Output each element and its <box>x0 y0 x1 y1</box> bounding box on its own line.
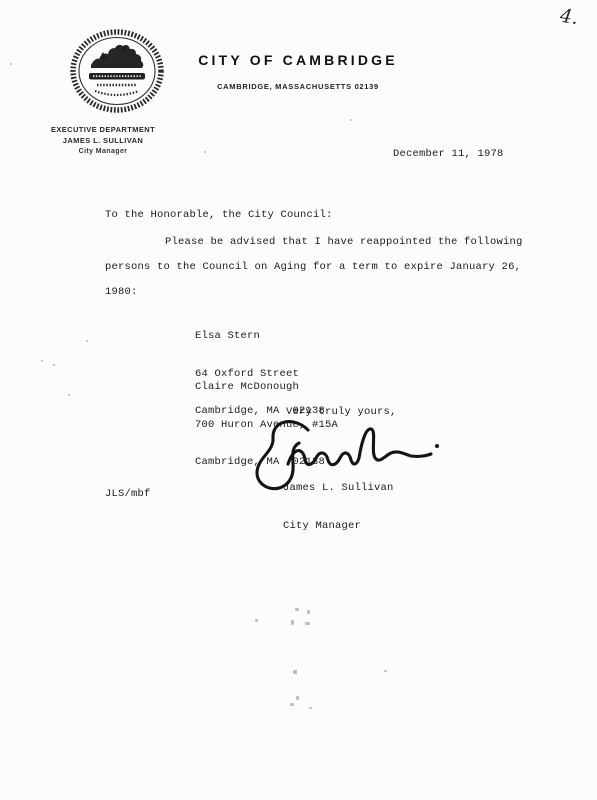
scan-speck <box>307 610 310 614</box>
scan-speck <box>291 620 294 625</box>
scan-speck <box>53 364 55 366</box>
scan-speck <box>255 619 258 622</box>
scan-speck <box>305 622 310 625</box>
body-line: 1980: <box>105 286 138 299</box>
letterhead-title: CITY OF CAMBRIDGE <box>148 52 448 68</box>
scan-speck <box>384 670 387 672</box>
appointee-name: Claire McDonough <box>195 381 338 394</box>
scan-speck <box>86 340 88 342</box>
letterhead-subtitle: CAMBRIDGE, MASSACHUSETTS 02139 <box>148 82 448 91</box>
scan-speck <box>290 703 294 706</box>
signer-title: City Manager <box>283 520 394 533</box>
scan-speck <box>10 63 12 65</box>
city-seal-icon <box>69 29 165 113</box>
letter-date: December 11, 1978 <box>393 148 504 161</box>
scan-speck <box>41 360 43 362</box>
scan-speck <box>204 151 206 153</box>
page-number-annotation: 4. <box>559 5 580 29</box>
manager-title: City Manager <box>33 146 173 157</box>
scan-speck <box>293 670 297 674</box>
scan-speck <box>309 707 312 709</box>
scan-speck <box>68 394 70 396</box>
department-name: EXECUTIVE DEPARTMENT <box>33 124 173 135</box>
scan-speck <box>350 119 352 121</box>
city-seal-graphic <box>69 29 165 113</box>
manager-name: JAMES L. SULLIVAN <box>33 135 173 146</box>
appointee-name: Elsa Stern <box>195 330 325 343</box>
handwritten-signature-icon <box>246 416 442 494</box>
letter-page: 4. CITY OF CAMBRIDGE CAMBRIDGE, MASSACHU… <box>0 0 597 800</box>
reference-initials: JLS/mbf <box>105 488 151 501</box>
salutation: To the Honorable, the City Council: <box>105 209 333 222</box>
body-line: Please be advised that I have reappointe… <box>165 236 523 249</box>
scan-speck <box>296 696 299 700</box>
scan-speck <box>295 608 299 611</box>
executive-department-block: EXECUTIVE DEPARTMENT JAMES L. SULLIVAN C… <box>33 124 173 157</box>
body-line: persons to the Council on Aging for a te… <box>105 261 521 274</box>
